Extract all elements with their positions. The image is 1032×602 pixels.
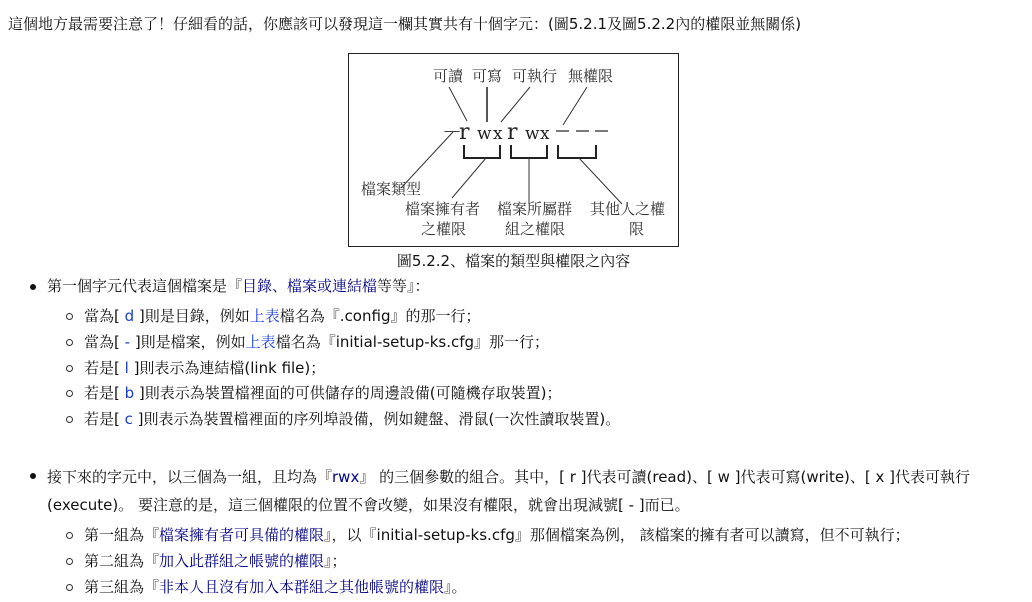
perm-group-w: w [525,124,540,144]
perm-group-x: x [540,124,550,144]
label-owner-1: 檔案擁有者 [405,200,480,218]
label-no-permission: 無權限 [568,67,613,85]
table-link[interactable]: 上表 [246,333,276,351]
label-others-2: 限 [629,220,644,238]
highlight-text: 非本人且沒有加入本群組之其他帳號的權限 [159,578,444,596]
main-list: 第一個字元代表這個檔案是『目錄、檔案或連結檔等等』： 當為[ d ]則是目錄，例… [0,274,1007,600]
highlight-text: 檔案擁有者可具備的權限 [159,526,324,544]
perm-owner-x: x [493,124,503,144]
list-item: 當為[ - ]則是檔案，例如上表檔名為『initial-setup-ks.cfg… [84,330,1007,356]
list-item: 若是[ c ]則表示為裝置檔裡面的序列埠設備，例如鍵盤、滑鼠(一次性讀取裝置)。 [84,407,1007,433]
list-item: 第一組為『檔案擁有者可具備的權限』，以『initial-setup-ks.cfg… [84,523,1007,549]
intro-paragraph: 這個地方最需要注意了！仔細看的話，你應該可以發現這一欄其實共有十個字元：(圖5.… [8,12,801,36]
label-others-1: 其他人之權 [590,200,665,218]
label-write: 可寫 [472,67,502,85]
label-read: 可讀 [433,67,464,85]
perm-group-r: r [507,120,518,145]
label-group-2: 組之權限 [505,220,565,238]
highlight-text: 目錄、檔案或連結檔 [242,277,377,295]
highlight-text: rwx [332,468,359,486]
label-group-1: 檔案所屬群 [497,200,572,218]
list-item-first-char: 第一個字元代表這個檔案是『目錄、檔案或連結檔等等』： 當為[ d ]則是目錄，例… [47,274,1007,463]
list-item-rwx-groups: 接下來的字元中，以三個為一組，且均為『rwx』 的三個參數的組合。其中，[ r … [47,463,1007,600]
label-file-type: 檔案類型 [361,180,421,198]
list-item: 若是[ b ]則表示為裝置檔裡面的可供儲存的周邊設備(可隨機存取裝置)； [84,381,1007,407]
highlight-text: 加入此群組之帳號的權限 [159,552,324,570]
list-item: 第三組為『非本人且沒有加入本群組之其他帳號的權限』。 [84,575,1007,601]
permission-diagram: 可讀 可寫 可執行 無權限 － r w x r w x 檔案類型 檔案擁有者 之… [348,53,679,247]
label-owner-2: 之權限 [421,220,466,238]
type-code: b [125,384,135,402]
permission-diagram-svg: 可讀 可寫 可執行 無權限 － r w x r w x 檔案類型 檔案擁有者 之… [349,54,678,246]
table-link[interactable]: 上表 [250,307,280,325]
list-item: 當為[ d ]則是目錄，例如上表檔名為『.config』的那一行； [84,304,1007,330]
perm-owner-w: w [477,124,492,144]
label-execute: 可執行 [512,67,557,85]
type-code: d [125,307,135,325]
file-type-list: 當為[ d ]則是目錄，例如上表檔名為『.config』的那一行； 當為[ - … [47,304,1007,433]
permission-group-list: 第一組為『檔案擁有者可具備的權限』，以『initial-setup-ks.cfg… [47,523,1007,600]
perm-owner-r: r [459,120,470,145]
type-code: c [125,410,133,428]
figure-caption: 圖5.2.2、檔案的類型與權限之內容 [348,249,679,273]
list-item: 若是[ l ]則表示為連結檔(link file)； [84,356,1007,382]
list-item: 第二組為『加入此群組之帳號的權限』； [84,549,1007,575]
